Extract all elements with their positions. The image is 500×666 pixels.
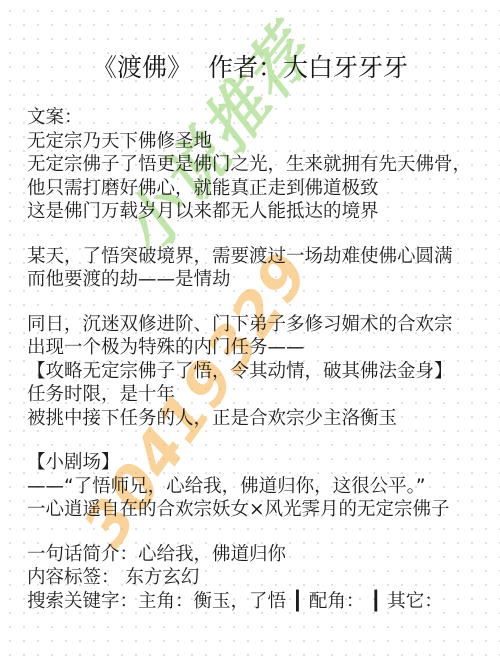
text-line: 无定宗佛子了悟更是佛门之光，生来就拥有先天佛骨，	[27, 153, 497, 177]
blank-line	[27, 292, 497, 313]
text-line: 出现一个极为特殊的内门任务——	[27, 336, 497, 360]
synopsis-heading: 文案：	[27, 106, 497, 130]
synopsis-body: 文案： 无定宗乃天下佛修圣地 无定宗佛子了悟更是佛门之光，生来就拥有先天佛骨， …	[27, 106, 497, 613]
text-line: 而他要渡的劫——是情劫	[27, 268, 497, 292]
text-line: 被挑中接下任务的人，正是合欢宗少主洛衡玉	[27, 407, 497, 431]
content-tags: 内容标签： 东方玄幻	[27, 566, 497, 590]
document-title: 《渡佛》 作者：大白牙牙牙	[0, 52, 500, 84]
mission-line: 【攻略无定宗佛子了悟，令其动情，破其佛法金身】	[27, 360, 497, 384]
quote-line: ——“了悟师兄，心给我，佛道归你，这很公平。”	[27, 475, 497, 499]
text-line: 他只需打磨好佛心，就能真正走到佛道极致	[27, 177, 497, 201]
text-line: 无定宗乃天下佛修圣地	[27, 130, 497, 154]
blank-line	[27, 522, 497, 543]
mini-theater-heading: 【小剧场】	[27, 451, 497, 475]
pairing-line: 一心逍遥自在的合欢宗妖女×风光霁月的无定宗佛子	[27, 498, 497, 522]
text-line: 这是佛门万载岁月以来都无人能抵达的境界	[27, 200, 497, 224]
text-line: 任务时限，是十年	[27, 383, 497, 407]
one-line-summary: 一句话简介：心给我，佛道归你	[27, 543, 497, 567]
blank-line	[27, 430, 497, 451]
search-keywords: 搜索关键字：主角：衡玉，了悟 ┃ 配角： ┃ 其它：	[27, 590, 497, 614]
blank-line	[27, 224, 497, 245]
text-line: 同日，沉迷双修进阶、门下弟子多修习媚术的合欢宗	[27, 313, 497, 337]
text-line: 某天，了悟突破境界，需要渡过一场劫难使佛心圆满	[27, 245, 497, 269]
